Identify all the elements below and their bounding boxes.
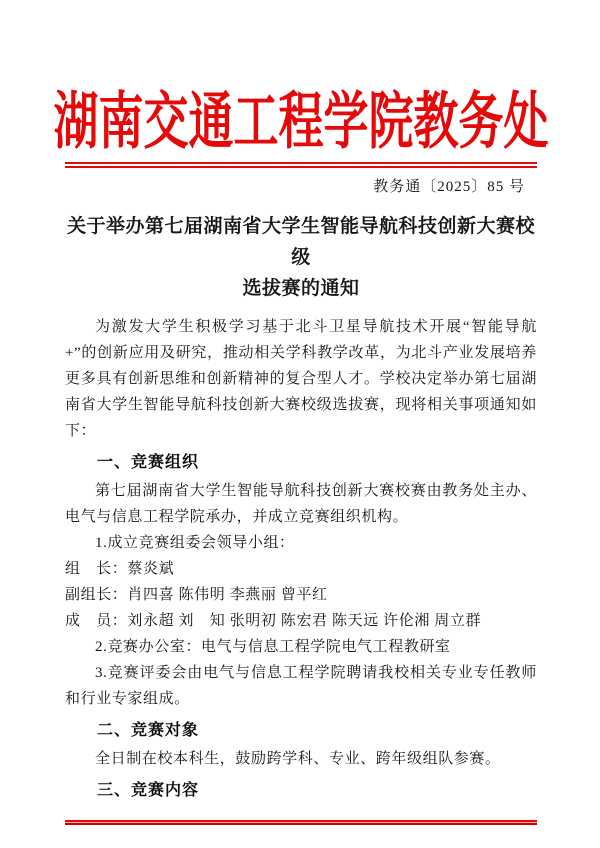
intro-paragraph: 为激发大学生积极学习基于北斗卫星导航技术开展“智能导航+”的创新应用及研究，推动… — [65, 314, 537, 444]
document-title-line1: 关于举办第七届湖南省大学生智能导航科技创新大赛校级 — [65, 211, 537, 273]
notice-document-page: 湖南交通工程学院教务处 教务通〔2025〕85 号 关于举办第七届湖南省大学生智… — [0, 0, 600, 848]
footer-red-rule — [65, 820, 537, 825]
section1-item1: 1.成立竞赛组委会领导小组： — [65, 530, 537, 556]
document-title-line2: 选拔赛的通知 — [65, 273, 537, 304]
document-body: 为激发大学生积极学习基于北斗卫星导航技术开展“智能导航+”的创新应用及研究，推动… — [65, 314, 537, 804]
section1-item2: 2.竞赛办公室：电气与信息工程学院电气工程教研室 — [65, 634, 537, 660]
org-masthead-title: 湖南交通工程学院教务处 — [53, 64, 549, 166]
members-line: 成 员：刘永超 刘 知 张明初 陈宏君 陈天远 许伦湘 周立群 — [65, 608, 537, 634]
section3-heading: 三、竞赛内容 — [65, 778, 537, 804]
document-title: 关于举办第七届湖南省大学生智能导航科技创新大赛校级 选拔赛的通知 — [65, 211, 537, 304]
doc-number: 教务通〔2025〕85 号 — [65, 177, 537, 197]
deputy-leaders-line: 副组长：肖四喜 陈伟明 李燕丽 曾平红 — [65, 582, 537, 608]
section2-paragraph: 全日制在校本科生，鼓励跨学科、专业、跨年级组队参赛。 — [65, 746, 537, 772]
leader-line: 组 长：蔡炎斌 — [65, 556, 537, 582]
section1-paragraph: 第七届湖南省大学生智能导航科技创新大赛校赛由教务处主办、电气与信息工程学院承办，… — [65, 478, 537, 530]
section1-item3: 3.竞赛评委会由电气与信息工程学院聘请我校相关专业专任教师和行业专家组成。 — [65, 660, 537, 712]
section1-heading: 一、竞赛组织 — [65, 450, 537, 476]
section2-heading: 二、竞赛对象 — [65, 718, 537, 744]
